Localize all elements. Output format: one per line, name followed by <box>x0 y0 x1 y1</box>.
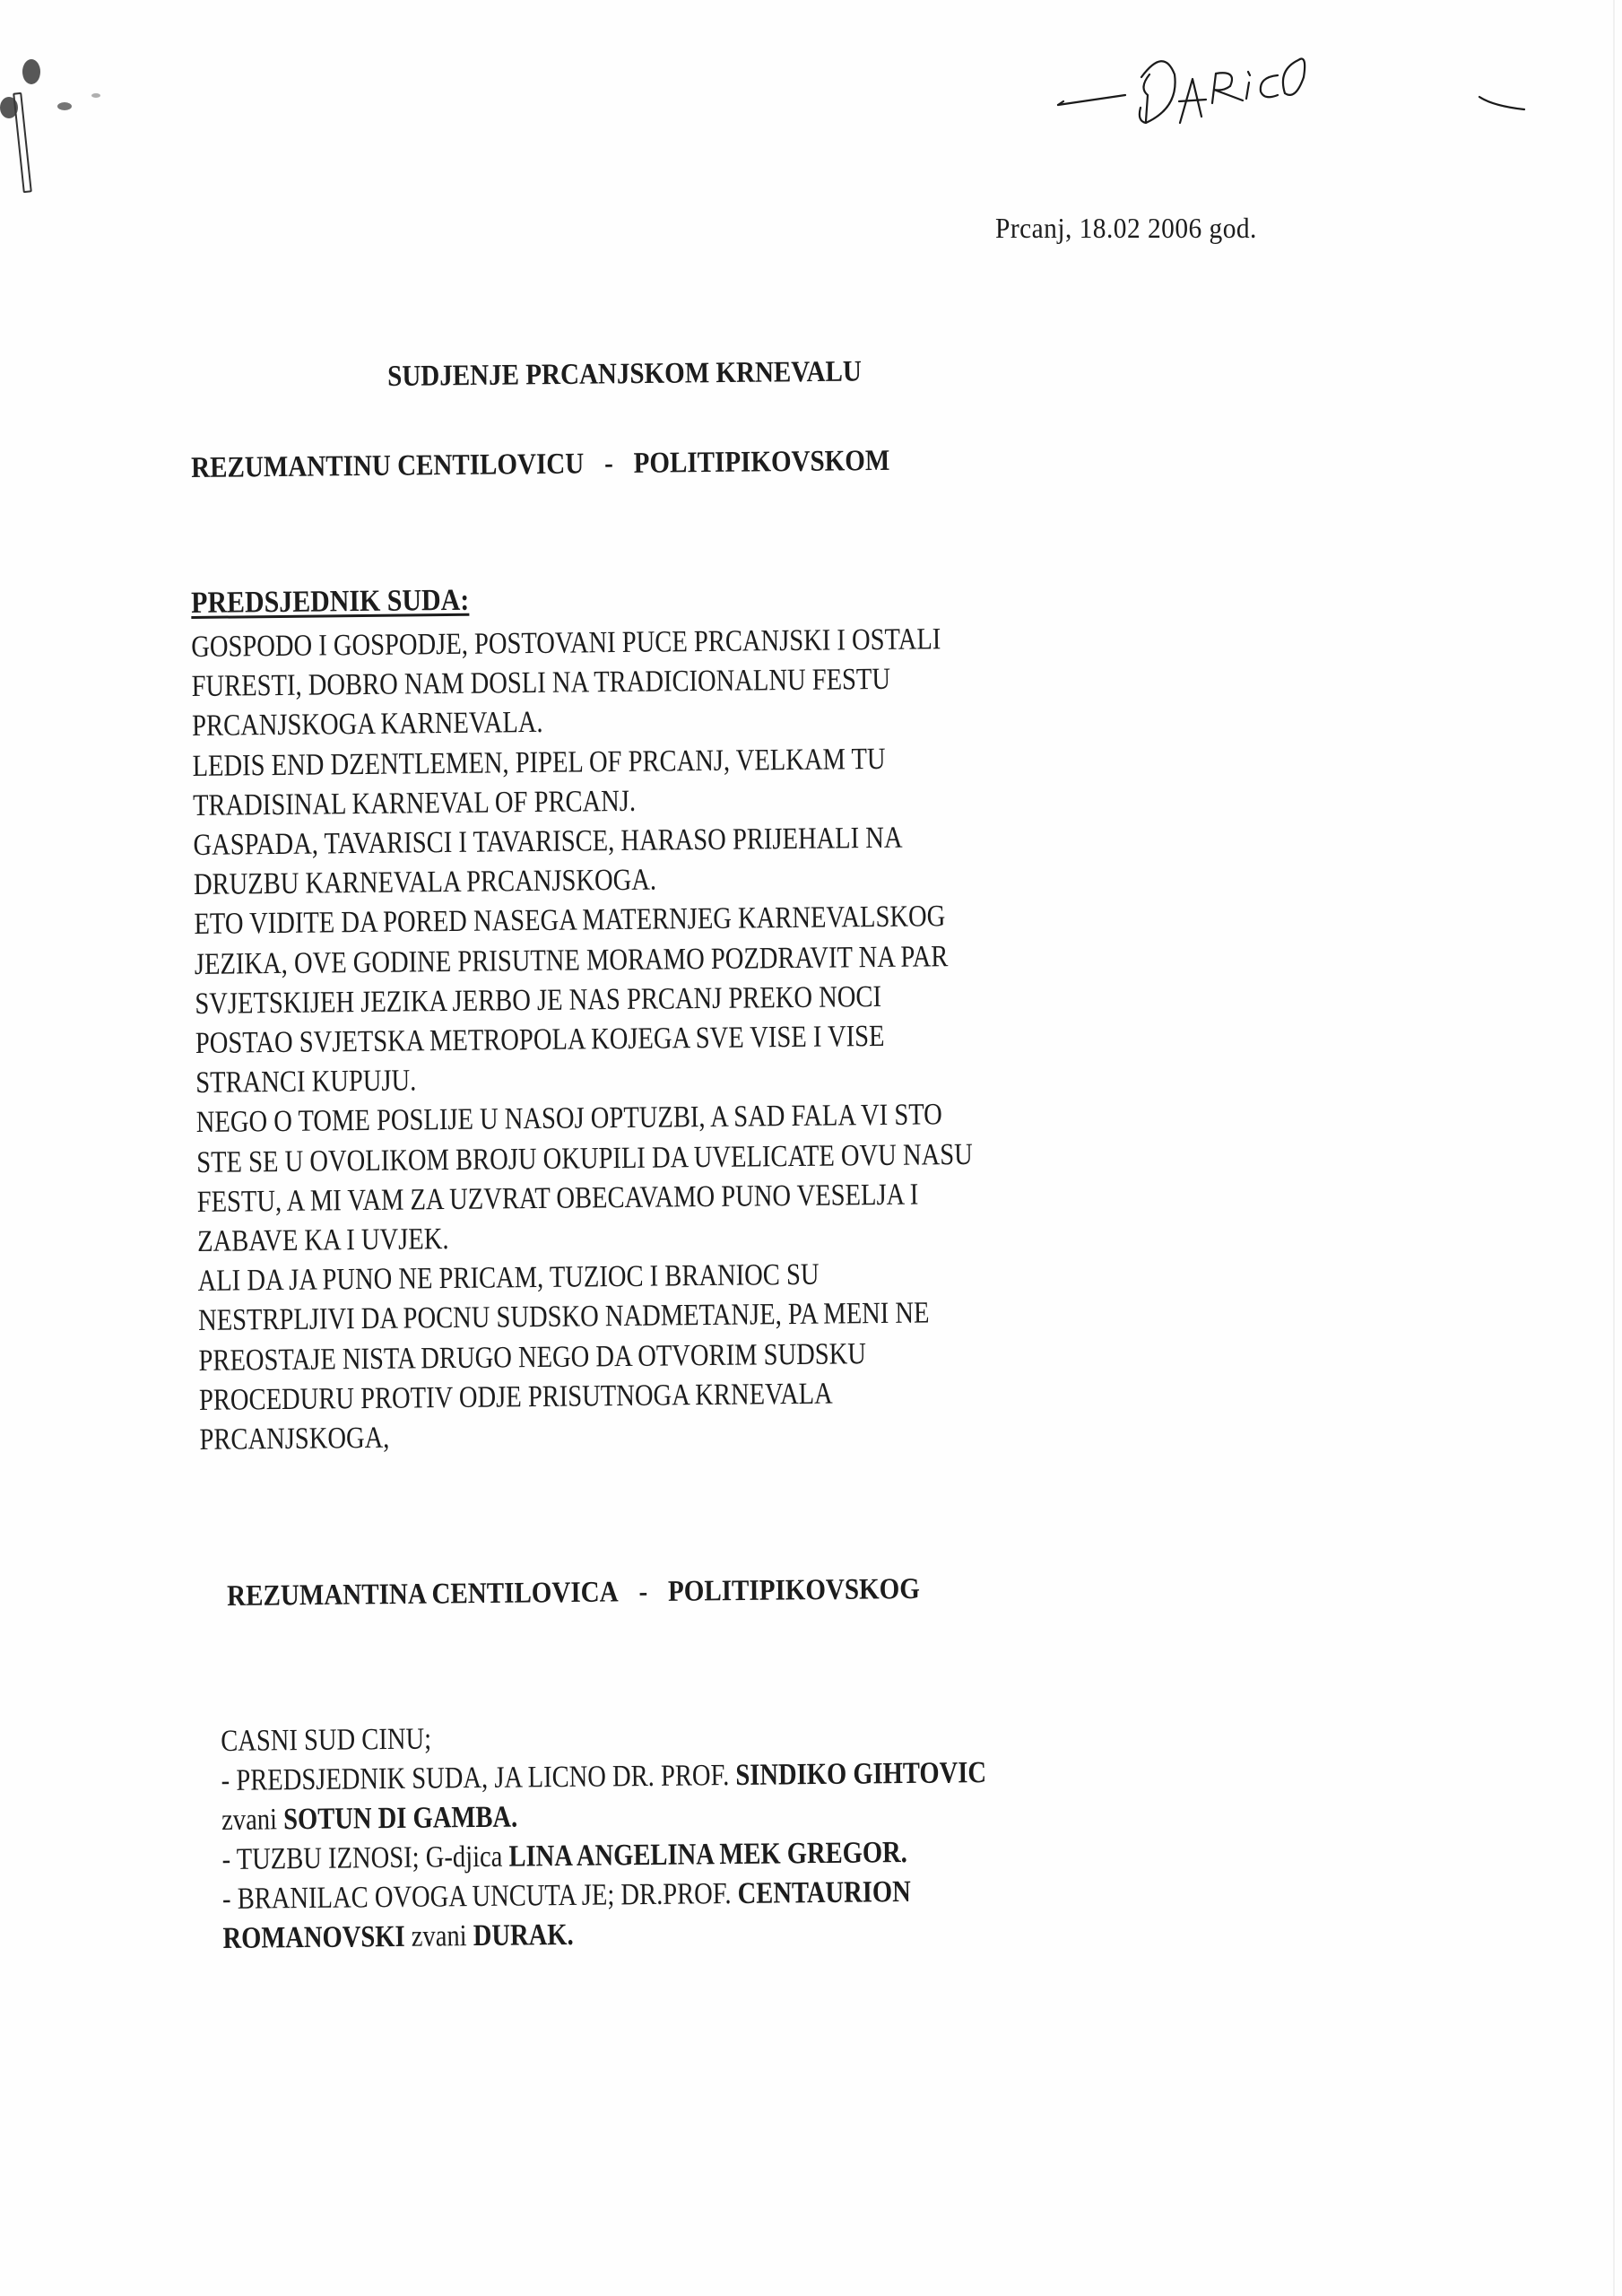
scanned-document-page: Prcanj, 18.02 2006 god. SUDJENJE PRCANJS… <box>0 0 1622 2296</box>
defendant-name-separator: - <box>638 1576 647 1609</box>
president-prefix: - PREDSJEDNIK SUDA, JA LICNO DR. PROF. <box>221 1759 729 1797</box>
document-subtitle: REZUMANTINU CENTILOVICU-POLITIPIKOVSKOM <box>191 445 889 485</box>
subtitle-left: REZUMANTINU CENTILOVICU <box>191 448 584 484</box>
president-alias-label: zvani <box>221 1803 277 1837</box>
ink-blot <box>0 97 18 118</box>
prosecutor-prefix: - TUZBU IZNOSI; G-djica <box>221 1840 502 1876</box>
speech-body: GOSPODO I GOSPODJE, POSTOVANI PUCE PRCAN… <box>191 616 1330 1460</box>
defender-name-second: ROMANOVSKI <box>222 1920 404 1955</box>
defender-alias: DURAK. <box>473 1918 574 1952</box>
ink-blot <box>22 59 40 84</box>
president-name: SINDIKO GIHTOVIC <box>735 1756 986 1792</box>
speaker-heading: PREDSJEDNIK SUDA: <box>191 584 469 621</box>
defender-name-first: CENTAURION <box>737 1875 910 1910</box>
court-defender-line: - BRANILAC OVOGA UNCUTA JE; DR.PROF. CEN… <box>222 1872 988 1919</box>
court-composition: CASNI SUD CINU; - PREDSJEDNIK SUDA, JA L… <box>221 1714 988 1959</box>
ink-blot <box>91 93 100 98</box>
court-president-line: - PREDSJEDNIK SUDA, JA LICNO DR. PROF. S… <box>221 1753 986 1801</box>
prosecutor-name: LINA ANGELINA MEK GREGOR. <box>508 1836 907 1874</box>
subtitle-separator: - <box>604 448 613 481</box>
ink-blot <box>57 102 72 110</box>
defendant-name: REZUMANTINA CENTILOVICA-POLITIPIKOVSKOG <box>227 1573 920 1613</box>
subtitle-right: POLITIPIKOVSKOM <box>633 445 889 480</box>
date-location-line: Prcanj, 18.02 2006 god. <box>995 212 1257 245</box>
defendant-name-left: REZUMANTINA CENTILOVICA <box>227 1576 619 1613</box>
scan-edge <box>1613 0 1615 2296</box>
defendant-name-right: POLITIPIKOVSKOG <box>668 1573 920 1608</box>
court-defender-alias-line: ROMANOVSKI zvani DURAK. <box>222 1911 988 1959</box>
document-title: SUDJENJE PRCANJSKOM KRNEVALU <box>387 355 862 394</box>
president-alias: SOTUN DI GAMBA. <box>283 1801 517 1837</box>
defender-alias-label: zvani <box>412 1919 467 1953</box>
defender-prefix: - BRANILAC OVOGA UNCUTA JE; DR.PROF. <box>222 1877 732 1916</box>
handwritten-annotation <box>1022 36 1560 135</box>
